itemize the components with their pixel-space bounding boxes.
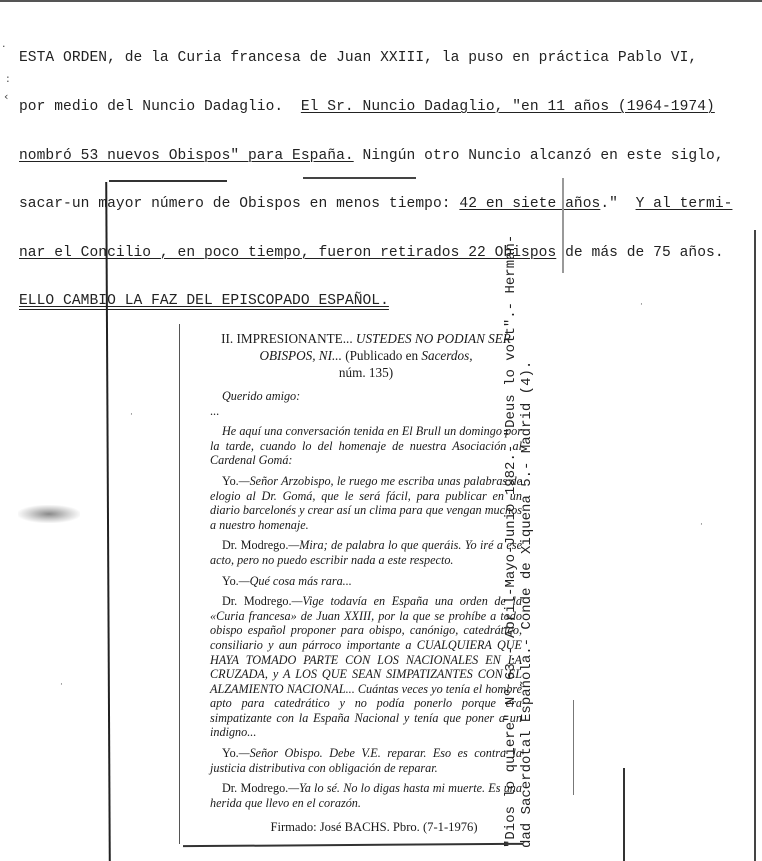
typed-line-4: sacar-un mayor número de Obispos en meno… xyxy=(19,196,732,212)
clipping-paragraph: Dr. Modrego.—Vige todavía en España una … xyxy=(210,594,522,740)
margin-mark: ‹ xyxy=(4,90,8,103)
speckle: · xyxy=(60,680,63,690)
page-top-edge xyxy=(0,0,762,2)
clipping-ellipsis: ... xyxy=(210,404,522,419)
typed-line-5: nar el Concilio , en poco tiempo, fueron… xyxy=(19,245,732,261)
margin-mark: · xyxy=(2,40,6,53)
vertical-citation: "Dios lo quiere" Nº 63.- Abril-Mayo-Juni… xyxy=(503,235,535,848)
frame-top-line-left xyxy=(109,180,227,182)
typed-line-3: nombró 53 nuevos Obispos" para España. N… xyxy=(19,148,732,164)
clipping-title: II. IMPRESIONANTE... USTEDES NO PODIAN S… xyxy=(210,330,522,381)
typed-line-6: ELLO CAMBIO LA FAZ DEL EPISCOPADO ESPAÑO… xyxy=(19,293,732,309)
ink-smudge xyxy=(18,505,80,523)
newspaper-clipping: II. IMPRESIONANTE... USTEDES NO PODIAN S… xyxy=(210,330,522,835)
frame-divider-top xyxy=(562,178,564,273)
citation-line-2: dad Sacerdotal Española.- Conde de Xique… xyxy=(519,361,535,848)
clipping-bottom-edge xyxy=(183,843,523,847)
typed-note: ESTA ORDEN, de la Curia francesa de Juan… xyxy=(19,18,732,326)
speckle: · xyxy=(640,300,643,310)
clipping-paragraph: He aquí una conversación tenida en El Br… xyxy=(210,424,522,468)
typed-underlined-quote: El Sr. Nuncio Dadaglio, "en 11 años (196… xyxy=(301,99,715,115)
speckle: · xyxy=(700,520,703,530)
frame-divider-bottom xyxy=(623,768,625,861)
margin-mark: : xyxy=(6,72,10,85)
citation-line-1: "Dios lo quiere" Nº 63.- Abril-Mayo-Juni… xyxy=(503,235,519,848)
frame-right-line xyxy=(754,230,756,861)
typed-conclusion: ELLO CAMBIO LA FAZ DEL EPISCOPADO ESPAÑO… xyxy=(19,293,389,309)
clipping-paragraph: Yo.—Señor Obispo. Debe V.E. reparar. Eso… xyxy=(210,746,522,775)
clipping-paragraph: Yo.—Señor Arzobispo, le ruego me escriba… xyxy=(210,474,522,532)
clipping-left-edge xyxy=(179,324,180,844)
clipping-paragraph: Dr. Modrego.—Ya lo sé. No lo digas hasta… xyxy=(210,781,522,810)
speckle: · xyxy=(130,410,133,420)
typed-line-1: ESTA ORDEN, de la Curia francesa de Juan… xyxy=(19,50,732,66)
clipping-greeting: Querido amigo: xyxy=(222,389,522,404)
clipping-signature: Firmado: José BACHS. Pbro. (7-1-1976) xyxy=(210,820,522,835)
clipping-paragraph: Dr. Modrego.—Mira; de palabra lo que que… xyxy=(210,538,522,567)
typed-line-2: por medio del Nuncio Dadaglio. El Sr. Nu… xyxy=(19,99,732,115)
frame-top-line-right xyxy=(303,177,416,179)
frame-divider-middle xyxy=(573,700,574,795)
clipping-paragraph: Yo.—Qué cosa más rara... xyxy=(210,574,522,589)
